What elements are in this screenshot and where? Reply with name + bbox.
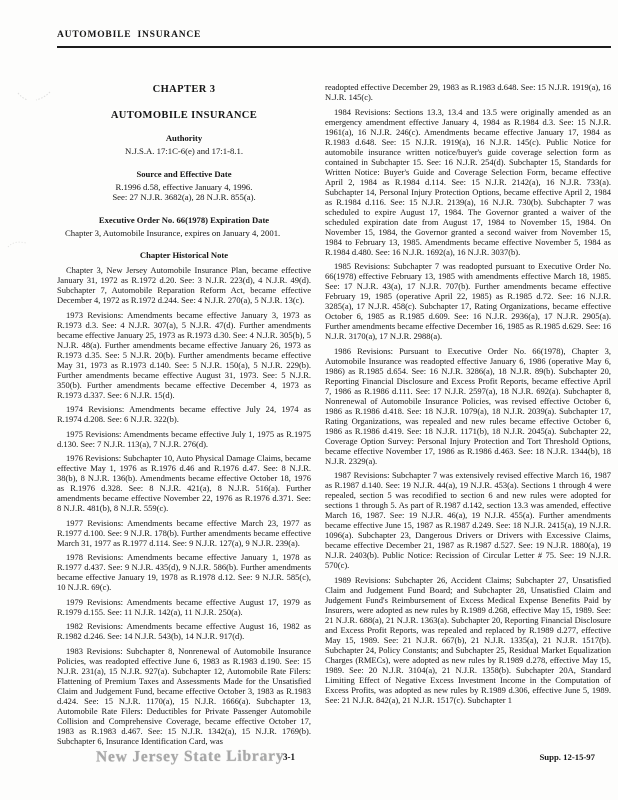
authority-citation: N.J.S.A. 17:1C-6(e) and 17:1-8.1. <box>57 146 311 157</box>
source-see-citation: See: 27 N.J.R. 3682(a), 28 N.J.R. 855(a)… <box>57 192 311 203</box>
chapter-front-matter: CHAPTER 3 AUTOMOBILE INSURANCE Authority… <box>57 84 311 260</box>
chapter-title-heading: AUTOMOBILE INSURANCE <box>57 110 311 121</box>
source-line: R.1996 d.58, effective January 4, 1996. <box>57 182 311 193</box>
para-chapter-origin: Chapter 3, New Jersey Automobile Insuran… <box>57 265 311 305</box>
para-1982-revisions: 1982 Revisions: Amendments became effect… <box>57 621 311 641</box>
para-1977-revisions: 1977 Revisions: Amendments became effect… <box>57 518 311 548</box>
para-1974-revisions: 1974 Revisions: Amendments became effect… <box>57 404 311 424</box>
historical-note-heading: Chapter Historical Note <box>57 250 311 260</box>
source-heading: Source and Effective Date <box>57 169 311 179</box>
supplement-date: Supp. 12-15-97 <box>539 752 595 762</box>
expiration-text: Chapter 3, Automobile Insurance, expires… <box>57 228 311 239</box>
two-column-body: CHAPTER 3 AUTOMOBILE INSURANCE Authority… <box>57 82 611 752</box>
para-1983-continuation: readopted effective December 29, 1983 as… <box>325 82 611 102</box>
library-stamp: New Jersey State Library <box>96 748 284 767</box>
right-column: readopted effective December 29, 1983 as… <box>325 82 611 752</box>
para-1986-revisions: 1986 Revisions: Pursuant to Executive Or… <box>325 346 611 466</box>
para-1987-revisions: 1987 Revisions: Subchapter 7 was extensi… <box>325 470 611 570</box>
running-header-title: AUTOMOBILE INSURANCE <box>57 30 201 40</box>
para-1983-revisions: 1983 Revisions: Subchapter 8, Nonrenewal… <box>57 646 311 746</box>
margin-pencil-mark <box>6 238 28 250</box>
para-1976-revisions: 1976 Revisions: Subchapter 10, Auto Phys… <box>57 453 311 513</box>
authority-section: Authority N.J.S.A. 17:1C-6(e) and 17:1-8… <box>57 133 311 157</box>
authority-heading: Authority <box>57 133 311 143</box>
running-header: AUTOMOBILE INSURANCE <box>57 24 611 48</box>
scanned-document-page: AUTOMOBILE INSURANCE CHAPTER 3 AUTOMOBIL… <box>0 0 618 800</box>
para-1979-revisions: 1979 Revisions: Amendments became effect… <box>57 597 311 617</box>
left-column: CHAPTER 3 AUTOMOBILE INSURANCE Authority… <box>57 82 311 752</box>
margin-pencil-mark <box>16 90 52 104</box>
para-1989-revisions: 1989 Revisions: Subchapter 26, Accident … <box>325 575 611 705</box>
page-number: 3-1 <box>283 752 295 762</box>
expiration-section: Executive Order No. 66(1978) Expiration … <box>57 215 311 239</box>
expiration-heading: Executive Order No. 66(1978) Expiration … <box>57 215 311 225</box>
para-1984-revisions: 1984 Revisions: Sections 13.3, 13.4 and … <box>325 107 611 257</box>
source-effective-date-section: Source and Effective Date R.1996 d.58, e… <box>57 169 311 203</box>
para-1973-revisions: 1973 Revisions: Amendments became effect… <box>57 310 311 400</box>
para-1975-revisions: 1975 Revisions: Amendments became effect… <box>57 429 311 449</box>
para-1978-revisions: 1978 Revisions: Amendments became effect… <box>57 552 311 592</box>
chapter-number-heading: CHAPTER 3 <box>57 84 311 95</box>
para-1985-revisions: 1985 Revisions: Subchapter 7 was readopt… <box>325 261 611 341</box>
